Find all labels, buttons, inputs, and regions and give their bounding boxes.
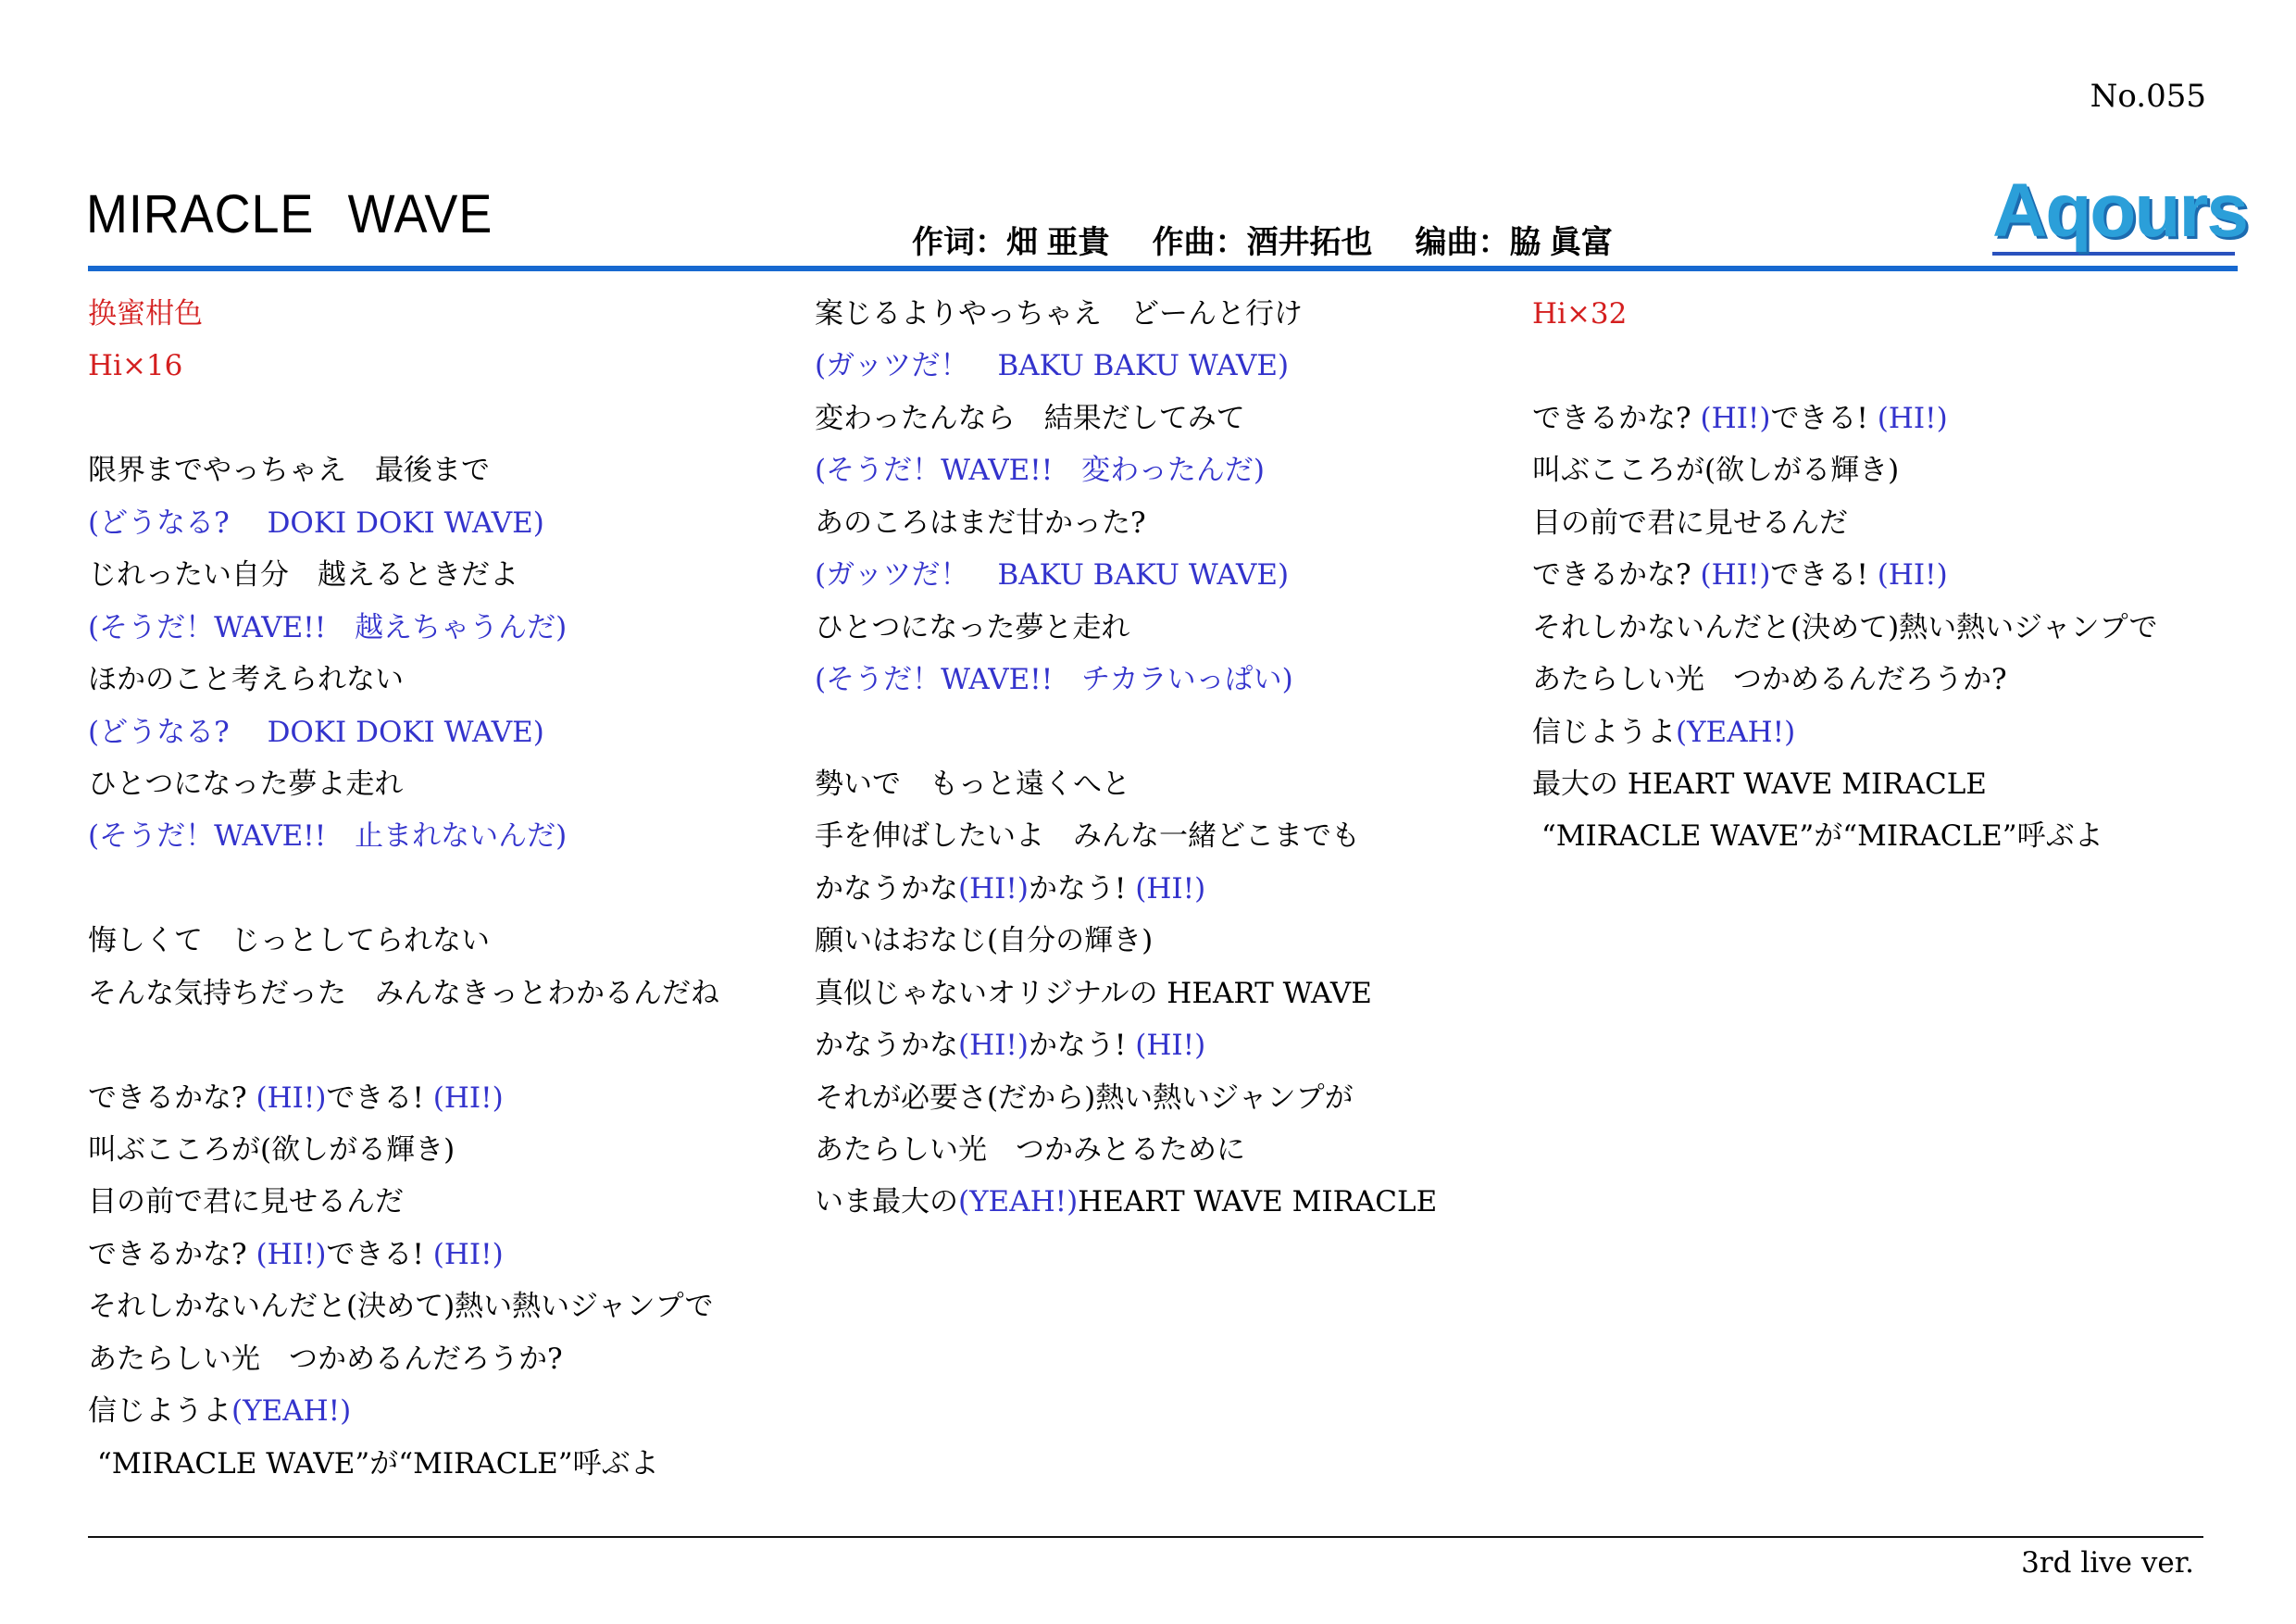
lyric-segment: (HI!)	[256, 1238, 326, 1271]
lyric-segment: (HI!)	[958, 872, 1029, 906]
version-note: 3rd live ver.	[2021, 1546, 2194, 1580]
lyric-segment: かなう!	[1029, 872, 1135, 906]
lyric-segment: 変わったんなら 結果だしてみて	[815, 402, 1245, 435]
lyric-segment: 案じるよりやっちゃえ どーんと行け	[815, 297, 1303, 331]
lyric-segment: (YEAH!)	[1676, 716, 1795, 749]
lyric-segment: 信じようよ	[1532, 716, 1676, 749]
lyric-line: 勢いで もっと遠くへと	[815, 758, 1437, 810]
lyric-line: それしかないんだと(決めて)熱い熱いジャンプで	[88, 1280, 719, 1332]
lyric-line: 真似じゃないオリジナルの HEART WAVE	[815, 968, 1437, 1019]
lyric-line: 目の前で君に見せるんだ	[88, 1176, 719, 1228]
lyric-line: あたらしい光 つかめるんだろうか?	[88, 1333, 719, 1385]
lyric-segment: (HI!)	[433, 1238, 504, 1271]
blank-line	[88, 863, 719, 915]
lyric-segment: (どうなる? DOKI DOKI WAVE)	[88, 716, 544, 749]
lyric-segment: できる!	[1770, 558, 1877, 592]
lyric-line: ほかのこと考えられない	[88, 654, 719, 706]
lyric-segment: (HI!)	[433, 1081, 504, 1115]
lyric-segment: できるかな?	[1532, 558, 1700, 592]
lyric-segment: できるかな?	[1532, 402, 1700, 435]
lyric-segment: (HI!)	[958, 1029, 1029, 1062]
lyrics-column-1: 换蜜柑色Hi×16限界までやっちゃえ 最後まで(どうなる? DOKI DOKI …	[88, 288, 719, 1490]
lyric-line: かなうかな(HI!)かなう! (HI!)	[815, 863, 1437, 915]
credit-1: 作曲：酒井拓也	[1152, 225, 1372, 260]
lyric-line: (そうだ！WAVE!! 越えちゃうんだ)	[88, 602, 719, 654]
lyric-segment: 目の前で君に見せるんだ	[88, 1185, 404, 1218]
aqours-logo: Aqours	[1992, 172, 2247, 256]
lyric-line: かなうかな(HI!)かなう! (HI!)	[815, 1019, 1437, 1071]
lyric-segment: かなうかな	[815, 872, 958, 906]
lyric-segment: じれったい自分 越えるときだよ	[88, 558, 518, 592]
blank-line	[88, 1019, 719, 1071]
footer-divider-rule	[88, 1536, 2203, 1538]
lyric-line: 限界までやっちゃえ 最後まで	[88, 444, 719, 496]
header-divider-rule	[88, 266, 2238, 271]
lyric-segment: (そうだ！WAVE!! 変わったんだ)	[815, 454, 1265, 487]
lyric-line: じれったい自分 越えるときだよ	[88, 549, 719, 601]
lyric-line: 手を伸ばしたいよ みんな一緒どこまでも	[815, 810, 1437, 862]
lyric-segment: かなうかな	[815, 1029, 958, 1062]
lyric-line: 目の前で君に見せるんだ	[1532, 497, 2158, 549]
lyric-segment: それが必要さ(だから)熱い熱いジャンプが	[815, 1081, 1354, 1115]
lyric-line: できるかな? (HI!)できる! (HI!)	[1532, 393, 2158, 444]
lyric-line: 叫ぶこころが(欲しがる輝き)	[1532, 444, 2158, 496]
lyric-line: (どうなる? DOKI DOKI WAVE)	[88, 706, 719, 758]
lyric-line: 悔しくて じっとしてられない	[88, 915, 719, 967]
lyric-line: それしかないんだと(決めて)熱い熱いジャンプで	[1532, 602, 2158, 654]
lyric-segment: (HI!)	[1878, 402, 1948, 435]
lyric-segment: できる!	[326, 1081, 432, 1115]
lyric-segment: (そうだ！WAVE!! 止まれないんだ)	[88, 819, 567, 853]
lyric-segment: 手を伸ばしたいよ みんな一緒どこまでも	[815, 819, 1360, 853]
lyric-line: “MIRACLE WAVE”が“MIRACLE”呼ぶよ	[88, 1438, 719, 1490]
lyric-line: あのころはまだ甘かった?	[815, 497, 1437, 549]
lyric-line: 案じるよりやっちゃえ どーんと行け	[815, 288, 1437, 340]
lyric-segment: あたらしい光 つかめるんだろうか?	[88, 1343, 563, 1376]
lyric-line: いま最大の(YEAH!)HEART WAVE MIRACLE	[815, 1176, 1437, 1228]
lyric-segment: そんな気持ちだった みんなきっとわかるんだね	[88, 977, 719, 1010]
lyric-segment: (HI!)	[1135, 872, 1205, 906]
lyric-line: (そうだ！WAVE!! チカラいっぱい)	[815, 654, 1437, 706]
lyric-segment: 目の前で君に見せるんだ	[1532, 506, 1848, 540]
lyric-segment: できる!	[1770, 402, 1877, 435]
lyric-segment: それしかないんだと(決めて)熱い熱いジャンプで	[1532, 611, 2158, 644]
lyric-segment: Hi×32	[1532, 297, 1627, 331]
lyric-line: あたらしい光 つかみとるために	[815, 1124, 1437, 1176]
lyric-segment: あたらしい光 つかめるんだろうか?	[1532, 663, 2007, 696]
lyric-segment: “MIRACLE WAVE”が“MIRACLE”呼ぶよ	[88, 1447, 659, 1480]
lyric-segment: 换蜜柑色	[88, 297, 203, 331]
blank-line	[88, 393, 719, 444]
lyric-segment: (HI!)	[1878, 558, 1948, 592]
lyric-segment: (ガッツだ！ BAKU BAKU WAVE)	[815, 349, 1289, 382]
lyric-segment: (HI!)	[256, 1081, 326, 1115]
lyric-segment: ひとつになった夢と走れ	[815, 611, 1129, 644]
lyric-line: あたらしい光 つかめるんだろうか?	[1532, 654, 2158, 706]
lyric-segment: 勢いで もっと遠くへと	[815, 768, 1130, 801]
lyric-line: (ガッツだ！ BAKU BAKU WAVE)	[815, 340, 1437, 392]
lyric-line: “MIRACLE WAVE”が“MIRACLE”呼ぶよ	[1532, 810, 2158, 862]
blank-line	[815, 706, 1437, 758]
lyric-line: ひとつになった夢と走れ	[815, 602, 1437, 654]
song-title: MIRACLE WAVE	[86, 183, 493, 245]
lyric-segment: (YEAH!)	[231, 1394, 351, 1428]
aqours-logo-text: Aqours	[1992, 172, 2247, 250]
lyric-segment: (HI!)	[1135, 1029, 1205, 1062]
lyric-segment: 限界までやっちゃえ 最後まで	[88, 454, 490, 487]
lyric-line: 願いはおなじ(自分の輝き)	[815, 915, 1437, 967]
lyric-line: Hi×32	[1532, 288, 2158, 340]
lyrics-column-2: 案じるよりやっちゃえ どーんと行け(ガッツだ！ BAKU BAKU WAVE)変…	[815, 288, 1437, 1229]
lyric-line: (ガッツだ！ BAKU BAKU WAVE)	[815, 549, 1437, 601]
lyric-segment: (HI!)	[1700, 558, 1770, 592]
lyric-line: そんな気持ちだった みんなきっとわかるんだね	[88, 968, 719, 1019]
lyric-line: Hi×16	[88, 340, 719, 392]
lyric-line: できるかな? (HI!)できる! (HI!)	[1532, 549, 2158, 601]
lyric-segment: 真似じゃないオリジナルの HEART WAVE	[815, 977, 1372, 1010]
lyric-line: (そうだ！WAVE!! 変わったんだ)	[815, 444, 1437, 496]
blank-line	[1532, 340, 2158, 392]
lyric-segment: 叫ぶこころが(欲しがる輝き)	[1532, 454, 1899, 487]
credits-line: 作词：畑 亜貴作曲：酒井拓也编曲：脇 眞富	[912, 217, 1655, 262]
lyric-line: 换蜜柑色	[88, 288, 719, 340]
lyric-segment: それしかないんだと(決めて)熱い熱いジャンプで	[88, 1290, 714, 1323]
lyric-segment: HEART WAVE MIRACLE	[1078, 1185, 1437, 1218]
lyric-segment: できるかな?	[88, 1081, 256, 1115]
lyric-segment: “MIRACLE WAVE”が“MIRACLE”呼ぶよ	[1532, 819, 2103, 853]
lyric-segment: (ガッツだ！ BAKU BAKU WAVE)	[815, 558, 1289, 592]
lyric-segment: あたらしい光 つかみとるために	[815, 1133, 1245, 1167]
lyric-segment: Hi×16	[88, 349, 182, 382]
lyric-segment: (そうだ！WAVE!! チカラいっぱい)	[815, 663, 1293, 696]
lyrics-column-3: Hi×32できるかな? (HI!)できる! (HI!)叫ぶこころが(欲しがる輝き…	[1532, 288, 2158, 863]
lyric-segment: 最大の HEART WAVE MIRACLE	[1532, 768, 1987, 801]
lyric-segment: 信じようよ	[88, 1394, 231, 1428]
lyric-segment: 願いはおなじ(自分の輝き)	[815, 924, 1153, 957]
credit-0: 作词：畑 亜貴	[912, 225, 1109, 260]
lyric-line: 変わったんなら 結果だしてみて	[815, 393, 1437, 444]
page-number: No.055	[2090, 78, 2206, 115]
lyric-segment: (どうなる? DOKI DOKI WAVE)	[88, 506, 544, 540]
lyric-line: 信じようよ(YEAH!)	[88, 1385, 719, 1437]
lyric-line: 最大の HEART WAVE MIRACLE	[1532, 758, 2158, 810]
lyric-segment: あのころはまだ甘かった?	[815, 506, 1146, 540]
lyric-segment: できる!	[326, 1238, 432, 1271]
lyric-segment: いま最大の	[815, 1185, 958, 1218]
lyric-line: (どうなる? DOKI DOKI WAVE)	[88, 497, 719, 549]
lyric-segment: (HI!)	[1700, 402, 1770, 435]
lyric-line: 信じようよ(YEAH!)	[1532, 706, 2158, 758]
lyric-segment: 叫ぶこころが(欲しがる輝き)	[88, 1133, 455, 1167]
lyric-line: 叫ぶこころが(欲しがる輝き)	[88, 1124, 719, 1176]
lyric-segment: できるかな?	[88, 1238, 256, 1271]
lyric-segment: 悔しくて じっとしてられない	[88, 924, 490, 957]
lyrics-sheet-page: No.055 MIRACLE WAVE 作词：畑 亜貴作曲：酒井拓也编曲：脇 眞…	[0, 0, 2296, 1624]
lyric-segment: ほかのこと考えられない	[88, 663, 404, 696]
credit-2: 编曲：脇 眞富	[1415, 225, 1612, 260]
lyric-line: できるかな? (HI!)できる! (HI!)	[88, 1229, 719, 1280]
lyric-segment: かなう!	[1029, 1029, 1135, 1062]
lyric-line: (そうだ！WAVE!! 止まれないんだ)	[88, 810, 719, 862]
lyric-line: それが必要さ(だから)熱い熱いジャンプが	[815, 1072, 1437, 1124]
lyric-segment: ひとつになった夢よ走れ	[88, 768, 403, 801]
lyric-line: ひとつになった夢よ走れ	[88, 758, 719, 810]
lyric-segment: (YEAH!)	[958, 1185, 1078, 1218]
lyric-line: できるかな? (HI!)できる! (HI!)	[88, 1072, 719, 1124]
lyric-segment: (そうだ！WAVE!! 越えちゃうんだ)	[88, 611, 567, 644]
